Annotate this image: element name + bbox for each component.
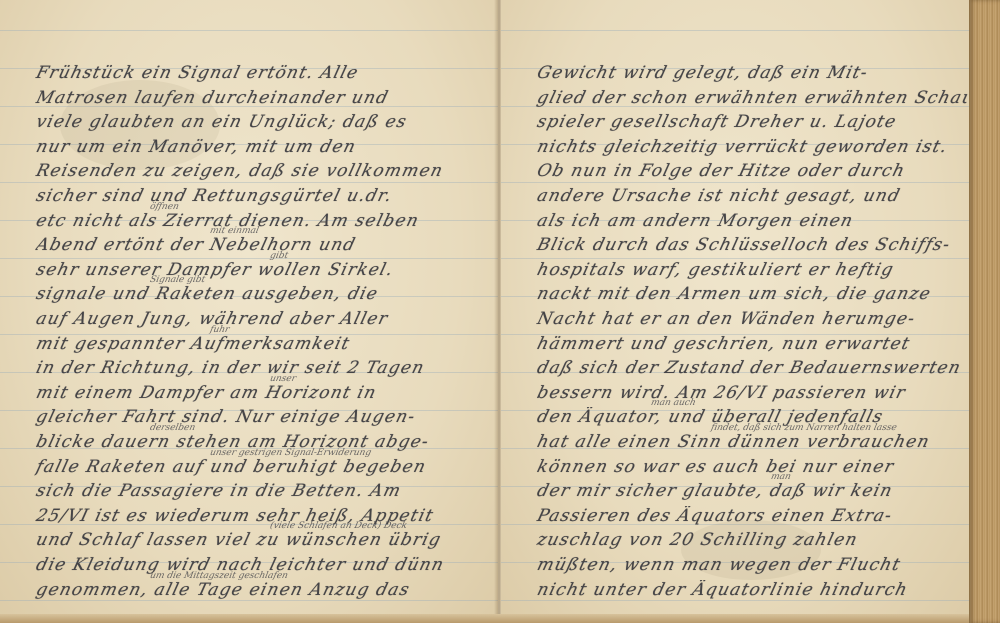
- handwritten-line: mit einem Dampfer am Horizont in: [34, 383, 479, 403]
- interlinear-note: findet, daß sich zum Narren halten lasse: [710, 423, 898, 433]
- left-page: Frühstück ein Signal ertönt. AlleMatrose…: [0, 0, 498, 623]
- left-page-text: Frühstück ein Signal ertönt. AlleMatrose…: [0, 0, 498, 623]
- handwritten-line: Reisenden zu zeigen, daß sie vollkommen: [34, 161, 479, 181]
- handwritten-line: nichts gleichzeitig verrückt geworden is…: [535, 137, 970, 157]
- handwritten-line: müßten, wenn man wegen der Flucht: [535, 555, 970, 575]
- handwritten-line: hospitals warf, gestikuliert er heftig: [535, 260, 970, 280]
- interlinear-note: man: [770, 472, 792, 482]
- page-edges: [969, 0, 1000, 623]
- handwritten-line: Ob nun in Folge der Hitze oder durch: [535, 161, 970, 181]
- bottom-page-edge: [0, 614, 969, 623]
- handwritten-line: Gewicht wird gelegt, daß ein Mit-: [535, 63, 970, 83]
- handwritten-line: sich die Passagiere in die Betten. Am: [34, 481, 479, 501]
- handwritten-line: viele glaubten an ein Unglück; daß es: [34, 112, 479, 132]
- handwritten-line: Nacht hat er an den Wänden herumge-: [535, 309, 970, 329]
- handwritten-line: Passieren des Äquators einen Extra-: [535, 506, 970, 526]
- handwritten-line: können so war es auch bei nur einer: [535, 457, 970, 477]
- handwritten-line: genommen, alle Tage einen Anzug das: [34, 580, 479, 600]
- interlinear-note: Signale gibt: [149, 275, 206, 285]
- handwritten-line: spieler gesellschaft Dreher u. Lajote: [535, 112, 970, 132]
- interlinear-note: unser: [269, 374, 297, 384]
- interlinear-note: derselben: [149, 423, 196, 433]
- interlinear-note: um die Mittagszeit geschlafen: [149, 571, 289, 581]
- interlinear-note: gibt: [269, 251, 289, 261]
- handwritten-line: auf Augen Jung, während aber Aller: [34, 309, 479, 329]
- handwritten-line: der mir sicher glaubte, daß wir kein: [535, 481, 970, 501]
- handwritten-line: falle Raketen auf und beruhigt begeben: [34, 457, 479, 477]
- handwritten-line: Frühstück ein Signal ertönt. Alle: [34, 63, 479, 83]
- interlinear-note: unser gestrigen Signal-Erwiderung: [209, 448, 372, 458]
- interlinear-note: man auch: [650, 398, 697, 408]
- handwritten-line: zuschlag von 20 Schilling zahlen: [535, 530, 970, 550]
- handwritten-line: nur um ein Manöver, mit um den: [34, 137, 479, 157]
- handwritten-line: hämmert und geschrien, nun erwartet: [535, 334, 970, 354]
- handwritten-line: nicht unter der Äquatorlinie hindurch: [535, 580, 970, 600]
- notebook-spread: Frühstück ein Signal ertönt. AlleMatrose…: [0, 0, 1000, 623]
- interlinear-note: fuhr: [209, 325, 230, 335]
- handwritten-line: Matrosen laufen durcheinander und: [34, 88, 479, 108]
- handwritten-line: hat alle einen Sinn dünnen verbrauchen: [535, 432, 970, 452]
- handwritten-line: sicher sind und Rettungsgürtel u.dr.: [34, 186, 479, 206]
- handwritten-line: in der Richtung, in der wir seit 2 Tagen: [34, 358, 479, 378]
- interlinear-note: öffnen: [149, 202, 180, 212]
- handwritten-line: sehr unserer Dampfer wollen Sirkel.: [34, 260, 479, 280]
- handwritten-line: daß sich der Zustand der Bedauernswerten: [535, 358, 970, 378]
- handwritten-line: glied der schon erwähnten erwähnten Scha…: [535, 88, 970, 108]
- interlinear-note: mit einmal: [209, 226, 260, 236]
- handwritten-line: nackt mit den Armen um sich, die ganze: [535, 284, 970, 304]
- handwritten-line: 25/VI ist es wiederum sehr heiß, Appetit: [34, 506, 479, 526]
- handwritten-line: bessern wird. Am 26/VI passieren wir: [535, 383, 970, 403]
- handwritten-line: gleicher Fahrt sind. Nur einige Augen-: [34, 407, 479, 427]
- handwritten-line: und Schlaf lassen viel zu wünschen übrig: [34, 530, 479, 550]
- handwritten-line: andere Ursache ist nicht gesagt, und: [535, 186, 970, 206]
- handwritten-line: als ich am andern Morgen einen: [535, 211, 970, 231]
- right-page-text: Gewicht wird gelegt, daß ein Mit-glied d…: [501, 0, 969, 623]
- interlinear-note: (viele Schlafen an Deck) Deck: [269, 521, 408, 531]
- handwritten-line: signale und Raketen ausgeben, die: [34, 284, 479, 304]
- handwritten-line: Abend ertönt der Nebelhorn und: [34, 235, 479, 255]
- handwritten-line: Blick durch das Schlüsselloch des Schiff…: [535, 235, 970, 255]
- handwritten-line: mit gespannter Aufmerksamkeit: [34, 334, 479, 354]
- right-page: Gewicht wird gelegt, daß ein Mit-glied d…: [501, 0, 969, 623]
